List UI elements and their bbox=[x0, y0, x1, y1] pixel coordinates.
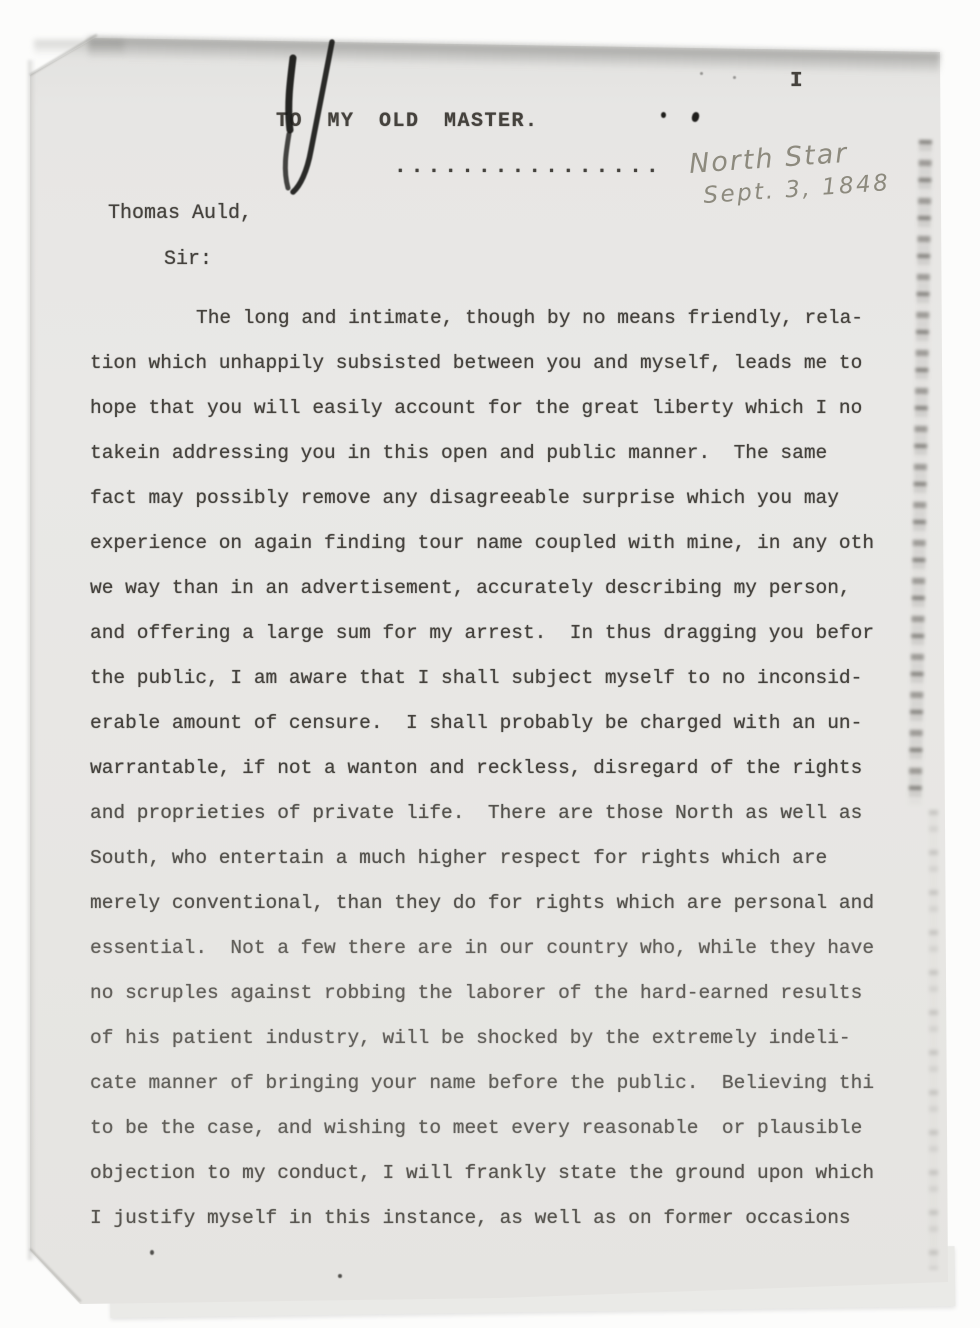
body-line: of his patient industry, will be shocked… bbox=[90, 1016, 874, 1061]
separator-dots: ................ bbox=[394, 156, 663, 179]
body-line: hope that you will easily account for th… bbox=[90, 386, 874, 431]
salutation: Sir: bbox=[164, 248, 212, 271]
body-line: cate manner of bringing your name before… bbox=[90, 1061, 874, 1106]
body-line: we way than in an advertisement, accurat… bbox=[90, 566, 874, 611]
ink-slash-mark bbox=[268, 34, 348, 204]
page-number: I bbox=[790, 70, 803, 93]
body-line: and proprieties of private life. There a… bbox=[90, 791, 874, 836]
ink-speck bbox=[700, 72, 703, 75]
body-line: fact may possibly remove any disagreeabl… bbox=[90, 476, 874, 521]
ink-speck bbox=[150, 1250, 154, 1255]
body-line: to be the case, and wishing to meet ever… bbox=[90, 1106, 874, 1151]
ink-speck bbox=[733, 76, 736, 79]
paper-left-edge-shadow bbox=[28, 60, 35, 1260]
body-line: essential. Not a few there are in our co… bbox=[90, 926, 874, 971]
body-line: and offering a large sum for my arrest. … bbox=[90, 611, 874, 656]
body-line: no scruples against robbing the laborer … bbox=[90, 971, 874, 1016]
body-line: takein addressing you in this open and p… bbox=[90, 431, 874, 476]
body-line: South, who entertain a much higher respe… bbox=[90, 836, 874, 881]
ink-speck bbox=[661, 112, 666, 118]
recipient-name: Thomas Auld, bbox=[108, 202, 252, 225]
paper-top-edge-shadow-left bbox=[34, 40, 124, 56]
body-line: erable amount of censure. I shall probab… bbox=[90, 701, 874, 746]
right-edge-smudge-lower bbox=[929, 810, 938, 1270]
ink-speck bbox=[338, 1274, 342, 1278]
body-line: I justify myself in this instance, as we… bbox=[90, 1196, 874, 1241]
body-line: experience on again finding tour name co… bbox=[90, 521, 874, 566]
body-line: The long and intimate, though by no mean… bbox=[90, 296, 874, 341]
letter-body: The long and intimate, though by no mean… bbox=[90, 296, 874, 1241]
scanned-letter-page: I TO MY OLD MASTER. ................ Nor… bbox=[0, 0, 980, 1328]
body-line: the public, I am aware that I shall subj… bbox=[90, 656, 874, 701]
body-line: objection to my conduct, I will frankly … bbox=[90, 1151, 874, 1196]
body-line: merely conventional, than they do for ri… bbox=[90, 881, 874, 926]
body-line: tion which unhappily subsisted between y… bbox=[90, 341, 874, 386]
body-line: warrantable, if not a wanton and reckles… bbox=[90, 746, 874, 791]
